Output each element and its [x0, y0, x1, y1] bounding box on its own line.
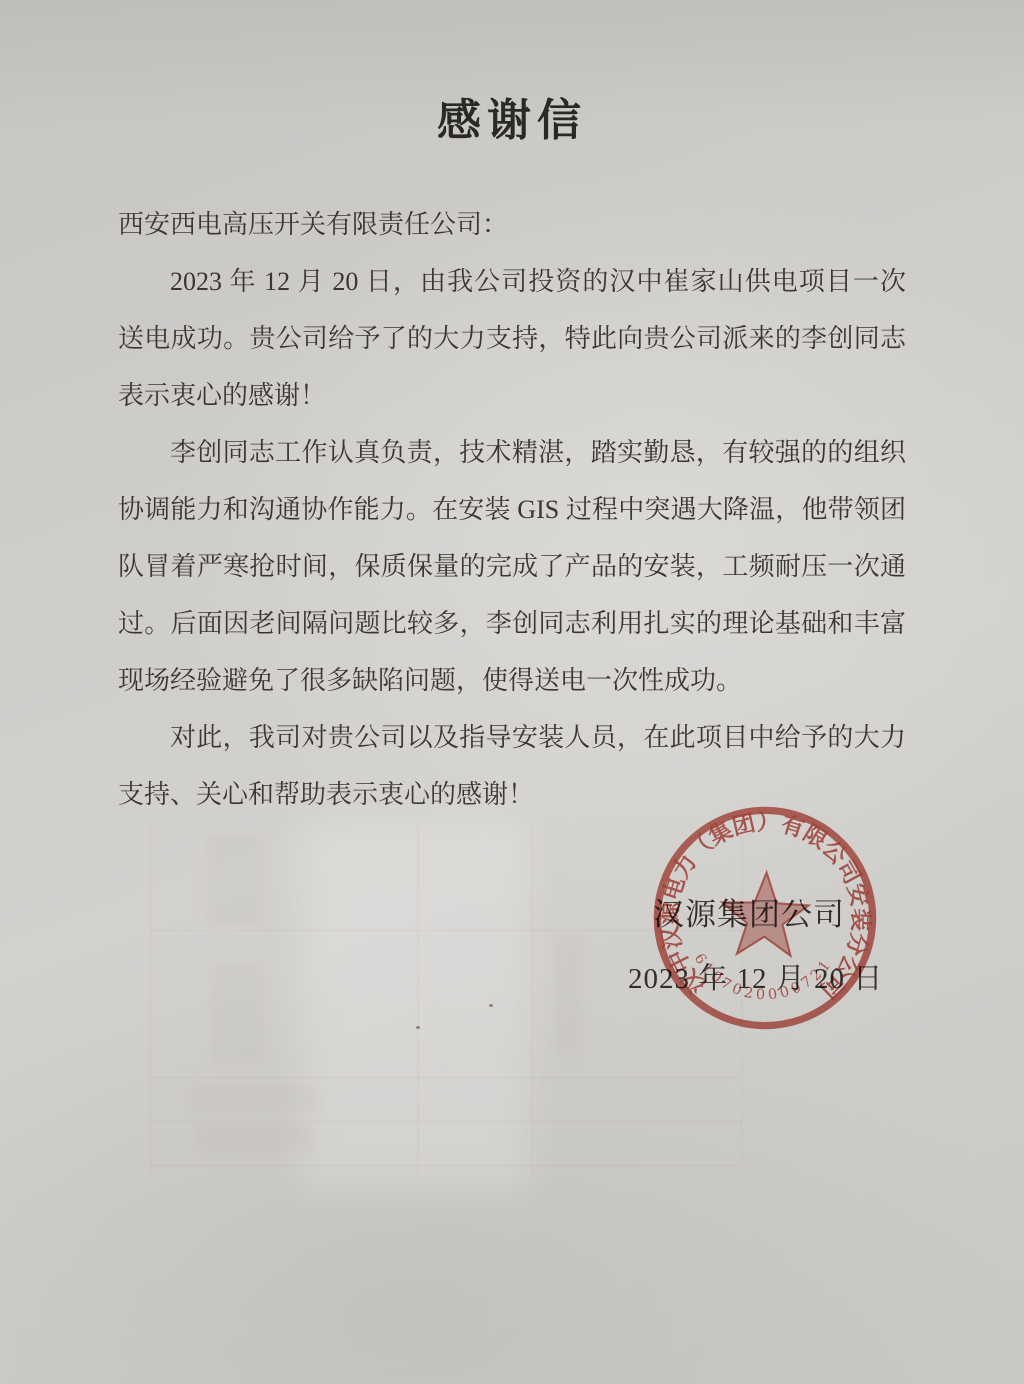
paper-light-band [300, 820, 530, 1190]
paragraph-1-line: 送电成功。贵公司给予了的大力支持，特此向贵公司派来的李创同志 [118, 310, 906, 367]
paragraph-3-line: 对此，我司对贵公司以及指导安装人员，在此项目中给予的大力 [118, 709, 906, 766]
letter-body: 西安西电高压开关有限责任公司： 2023 年 12 月 20 日，由我公司投资的… [118, 196, 906, 823]
paragraph-2-line: 李创同志工作认真负责，技术精湛，踏实勤恳，有较强的的组织 [118, 424, 906, 481]
paper-speck [416, 1026, 420, 1029]
bleed-through-ghost [150, 825, 742, 1175]
salutation: 西安西电高压开关有限责任公司： [118, 196, 906, 253]
signature-date: 2023 年 12 月 20 日 [628, 956, 883, 997]
paragraph-3-line: 支持、关心和帮助表示衷心的感谢！ [118, 766, 906, 823]
signature-company: 汉源集团公司 [653, 889, 845, 934]
paragraph-1-line: 2023 年 12 月 20 日，由我公司投资的汉中崔家山供电项目一次 [118, 253, 906, 310]
page-title: 感谢信 [0, 84, 1024, 148]
paragraph-2-line: 现场经验避免了很多缺陷问题，使得送电一次性成功。 [118, 652, 906, 709]
paragraph-2-line: 协调能力和沟通协作能力。在安装 GIS 过程中突遇大降温，他带领团 [118, 481, 906, 538]
scanned-letter-page: 感谢信 西安西电高压开关有限责任公司： 2023 年 12 月 20 日，由我公… [0, 0, 1024, 1384]
paragraph-2-line: 过。后面因老间隔问题比较多，李创同志利用扎实的理论基础和丰富 [118, 595, 906, 652]
paragraph-2-line: 队冒着严寒抢时间，保质保量的完成了产品的安装，工频耐压一次通 [118, 538, 906, 595]
paper-speck [489, 1004, 493, 1007]
paragraph-1-line: 表示衷心的感谢！ [118, 367, 906, 424]
